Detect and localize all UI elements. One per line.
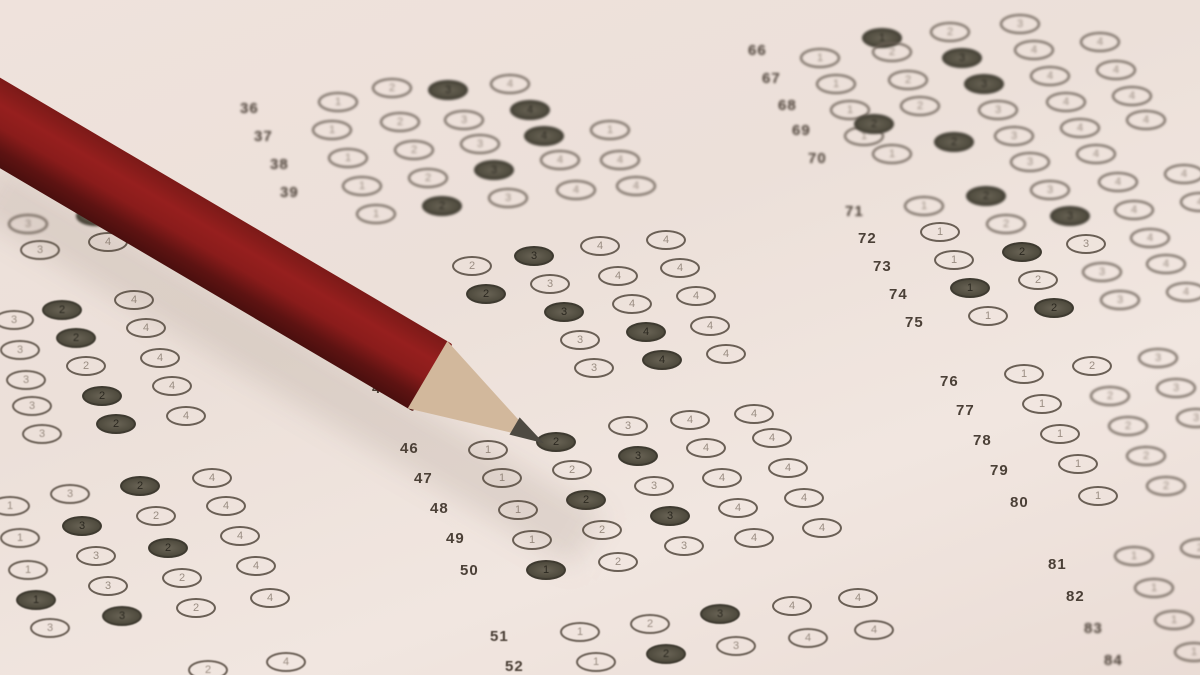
answer-bubble: 4 xyxy=(1098,172,1138,192)
question-number: 70 xyxy=(808,150,827,167)
question-number: 81 xyxy=(1048,556,1067,573)
answer-bubble: 4 xyxy=(600,150,640,170)
answer-bubble: 4 xyxy=(1112,86,1152,106)
question-number: 83 xyxy=(1084,620,1103,637)
answer-bubble: 4 xyxy=(598,266,638,286)
filled-answer-bubble: 4 xyxy=(510,100,550,120)
answer-bubble: 4 xyxy=(152,376,192,396)
question-number: 51 xyxy=(490,628,509,645)
answer-bubble: 3 xyxy=(50,484,90,504)
question-number: 71 xyxy=(845,203,864,220)
filled-answer-bubble: 2 xyxy=(934,132,974,152)
answer-bubble: 3 xyxy=(0,310,34,330)
question-number: 76 xyxy=(940,373,959,390)
answer-bubble: 1 xyxy=(1004,364,1044,384)
answer-bubble: 1 xyxy=(8,560,48,580)
question-number: 72 xyxy=(858,230,877,247)
filled-answer-bubble: 3 xyxy=(1050,206,1090,226)
answer-bubble: 3 xyxy=(608,416,648,436)
answer-bubble: 4 xyxy=(734,404,774,424)
answer-bubble: 4 xyxy=(580,236,620,256)
filled-answer-bubble: 3 xyxy=(942,48,982,68)
answer-bubble: 4 xyxy=(612,294,652,314)
answer-bubble: 4 xyxy=(660,258,700,278)
question-number: 50 xyxy=(460,562,479,579)
answer-bubble: 1 xyxy=(312,120,352,140)
answer-bubble: 1 xyxy=(342,176,382,196)
answer-bubble: 3 xyxy=(1156,378,1196,398)
answer-bubble: 3 xyxy=(560,330,600,350)
answer-bubble: 1 xyxy=(1040,424,1080,444)
answer-bubble: 1 xyxy=(356,204,396,224)
question-number: 69 xyxy=(792,122,811,139)
answer-bubble: 2 xyxy=(888,70,928,90)
answer-bubble: 4 xyxy=(1030,66,1070,86)
answer-bubble: 3 xyxy=(444,110,484,130)
answer-bubble: 1 xyxy=(800,48,840,68)
answer-bubble: 2 xyxy=(176,598,216,618)
answer-bubble: 1 xyxy=(904,196,944,216)
answer-bubble: 4 xyxy=(616,176,656,196)
answer-bubble: 3 xyxy=(460,134,500,154)
answer-bubble: 3 xyxy=(664,536,704,556)
filled-answer-bubble: 2 xyxy=(42,300,82,320)
answer-bubble: 1 xyxy=(318,92,358,112)
answer-bubble: 4 xyxy=(220,526,260,546)
answer-bubble: 3 xyxy=(488,188,528,208)
answer-bubble: 4 xyxy=(784,488,824,508)
answer-bubble: 4 xyxy=(266,652,306,672)
answer-bubble: 1 xyxy=(920,222,960,242)
answer-bubble: 3 xyxy=(1030,180,1070,200)
answer-bubble: 2 xyxy=(380,112,420,132)
answer-bubble: 2 xyxy=(630,614,670,634)
question-number: 38 xyxy=(270,156,289,173)
answer-bubble: 3 xyxy=(994,126,1034,146)
filled-answer-bubble: 2 xyxy=(1002,242,1042,262)
filled-answer-bubble: 2 xyxy=(148,538,188,558)
answer-bubble: 4 xyxy=(768,458,808,478)
filled-answer-bubble: 3 xyxy=(544,302,584,322)
answer-bubble: 4 xyxy=(192,468,232,488)
answer-bubble: 4 xyxy=(706,344,746,364)
answer-bubble: 4 xyxy=(1060,118,1100,138)
answer-bubble: 1 xyxy=(1058,454,1098,474)
answer-bubble: 4 xyxy=(1114,200,1154,220)
filled-answer-bubble: 3 xyxy=(514,246,554,266)
answer-bubble: 2 xyxy=(1018,270,1058,290)
answer-bubble: 4 xyxy=(670,410,710,430)
answer-bubble: 4 xyxy=(802,518,842,538)
question-number: 82 xyxy=(1066,588,1085,605)
answer-bubble: 4 xyxy=(250,588,290,608)
answer-bubble: 4 xyxy=(540,150,580,170)
answer-bubble: 2 xyxy=(1090,386,1130,406)
answer-bubble: 2 xyxy=(188,660,228,675)
answer-bubble: 4 xyxy=(1180,192,1200,212)
answer-bubble: 4 xyxy=(1014,40,1054,60)
answer-bubble: 3 xyxy=(0,340,40,360)
answer-bubble: 1 xyxy=(1154,610,1194,630)
answer-bubble: 1 xyxy=(1134,578,1174,598)
answer-bubble: 4 xyxy=(788,628,828,648)
question-number: 37 xyxy=(254,128,273,145)
filled-answer-bubble: 2 xyxy=(854,114,894,134)
answer-bubble: 4 xyxy=(206,496,246,516)
answer-sheet-photo: 3637383945464748495051526667686970717273… xyxy=(0,0,1200,675)
answer-bubble: 1 xyxy=(872,144,912,164)
answer-bubble: 4 xyxy=(772,596,812,616)
answer-bubble: 2 xyxy=(136,506,176,526)
answer-bubble: 4 xyxy=(1076,144,1116,164)
filled-answer-bubble: 3 xyxy=(700,604,740,624)
question-number: 74 xyxy=(889,286,908,303)
filled-answer-bubble: 2 xyxy=(56,328,96,348)
answer-sheet: 3637383945464748495051526667686970717273… xyxy=(0,0,1200,675)
answer-bubble: 2 xyxy=(394,140,434,160)
answer-bubble: 3 xyxy=(1010,152,1050,172)
answer-bubble: 1 xyxy=(1174,642,1200,662)
question-number: 80 xyxy=(1010,494,1029,511)
answer-bubble: 4 xyxy=(838,588,878,608)
answer-bubble: 2 xyxy=(452,256,492,276)
answer-bubble: 3 xyxy=(1138,348,1178,368)
answer-bubble: 3 xyxy=(716,636,756,656)
answer-bubble: 3 xyxy=(1000,14,1040,34)
filled-answer-bubble: 4 xyxy=(626,322,666,342)
filled-answer-bubble: 4 xyxy=(524,126,564,146)
answer-bubble: 1 xyxy=(328,148,368,168)
answer-bubble: 2 xyxy=(1072,356,1112,376)
answer-bubble: 1 xyxy=(1114,546,1154,566)
answer-bubble: 4 xyxy=(236,556,276,576)
question-number: 67 xyxy=(762,70,781,87)
filled-answer-bubble: 2 xyxy=(96,414,136,434)
answer-bubble: 4 xyxy=(676,286,716,306)
answer-bubble: 4 xyxy=(1164,164,1200,184)
filled-answer-bubble: 2 xyxy=(422,196,462,216)
answer-bubble: 4 xyxy=(140,348,180,368)
answer-bubble: 2 xyxy=(986,214,1026,234)
answer-bubble: 1 xyxy=(968,306,1008,326)
answer-bubble: 3 xyxy=(88,576,128,596)
answer-bubble: 3 xyxy=(530,274,570,294)
answer-bubble: 3 xyxy=(6,370,46,390)
answer-bubble: 1 xyxy=(816,74,856,94)
answer-bubble: 3 xyxy=(30,618,70,638)
answer-bubble: 1 xyxy=(590,120,630,140)
filled-answer-bubble: 4 xyxy=(642,350,682,370)
answer-bubble: 4 xyxy=(1080,32,1120,52)
filled-answer-bubble: 3 xyxy=(964,74,1004,94)
filled-answer-bubble: 3 xyxy=(428,80,468,100)
answer-bubble: 4 xyxy=(1046,92,1086,112)
answer-bubble: 1 xyxy=(560,622,600,642)
question-number: 75 xyxy=(905,314,924,331)
answer-bubble: 3 xyxy=(1176,408,1200,428)
question-number: 73 xyxy=(873,258,892,275)
answer-bubble: 4 xyxy=(718,498,758,518)
answer-bubble: 3 xyxy=(574,358,614,378)
question-number: 66 xyxy=(748,42,767,59)
answer-bubble: 3 xyxy=(978,100,1018,120)
question-number: 48 xyxy=(430,500,449,517)
question-number: 49 xyxy=(446,530,465,547)
question-number: 36 xyxy=(240,100,259,117)
answer-bubble: 2 xyxy=(872,42,912,62)
answer-bubble: 2 xyxy=(1108,416,1148,436)
answer-bubble: 4 xyxy=(1096,60,1136,80)
answer-bubble: 4 xyxy=(752,428,792,448)
answer-bubble: 2 xyxy=(930,22,970,42)
answer-bubble: 3 xyxy=(634,476,674,496)
filled-answer-bubble: 2 xyxy=(120,476,160,496)
filled-answer-bubble: 2 xyxy=(1034,298,1074,318)
answer-bubble: 2 xyxy=(900,96,940,116)
question-number: 68 xyxy=(778,97,797,114)
filled-answer-bubble: 3 xyxy=(650,506,690,526)
answer-bubble: 4 xyxy=(1146,254,1186,274)
question-number: 79 xyxy=(990,462,1009,479)
question-number: 39 xyxy=(280,184,299,201)
filled-answer-bubble: 2 xyxy=(966,186,1006,206)
answer-bubble: 1 xyxy=(576,652,616,672)
answer-bubble: 1 xyxy=(1078,486,1118,506)
answer-bubble: 2 xyxy=(1126,446,1166,466)
question-number: 84 xyxy=(1104,652,1123,669)
answer-bubble: 2 xyxy=(598,552,638,572)
question-number: 78 xyxy=(973,432,992,449)
answer-bubble: 4 xyxy=(166,406,206,426)
filled-answer-bubble: 1 xyxy=(526,560,566,580)
answer-bubble: 2 xyxy=(66,356,106,376)
answer-bubble: 4 xyxy=(1126,110,1166,130)
filled-answer-bubble: 1 xyxy=(16,590,56,610)
answer-bubble: 1 xyxy=(0,496,30,516)
answer-bubble: 1 xyxy=(934,250,974,270)
answer-bubble: 4 xyxy=(1130,228,1170,248)
answer-bubble: 3 xyxy=(1100,290,1140,310)
answer-bubble: 2 xyxy=(372,78,412,98)
answer-bubble: 3 xyxy=(22,424,62,444)
answer-bubble: 1 xyxy=(0,528,40,548)
answer-bubble: 4 xyxy=(490,74,530,94)
answer-bubble: 3 xyxy=(76,546,116,566)
answer-bubble: 2 xyxy=(1180,538,1200,558)
filled-answer-bubble: 2 xyxy=(466,284,506,304)
filled-answer-bubble: 1 xyxy=(950,278,990,298)
answer-bubble: 3 xyxy=(12,396,52,416)
answer-bubble: 2 xyxy=(1146,476,1186,496)
answer-bubble: 2 xyxy=(162,568,202,588)
answer-bubble: 4 xyxy=(734,528,774,548)
question-number: 52 xyxy=(505,658,524,675)
answer-bubble: 4 xyxy=(702,468,742,488)
answer-bubble: 3 xyxy=(1066,234,1106,254)
filled-answer-bubble: 3 xyxy=(62,516,102,536)
filled-answer-bubble: 2 xyxy=(82,386,122,406)
answer-bubble: 4 xyxy=(854,620,894,640)
answer-bubble: 4 xyxy=(686,438,726,458)
answer-bubble: 1 xyxy=(1022,394,1062,414)
answer-bubble: 4 xyxy=(646,230,686,250)
answer-bubble: 4 xyxy=(556,180,596,200)
answer-bubble: 3 xyxy=(1082,262,1122,282)
answer-bubble: 4 xyxy=(1166,282,1200,302)
question-number: 77 xyxy=(956,402,975,419)
filled-answer-bubble: 3 xyxy=(618,446,658,466)
filled-answer-bubble: 3 xyxy=(474,160,514,180)
filled-answer-bubble: 3 xyxy=(102,606,142,626)
answer-bubble: 2 xyxy=(408,168,448,188)
filled-answer-bubble: 2 xyxy=(646,644,686,664)
answer-bubble: 4 xyxy=(690,316,730,336)
